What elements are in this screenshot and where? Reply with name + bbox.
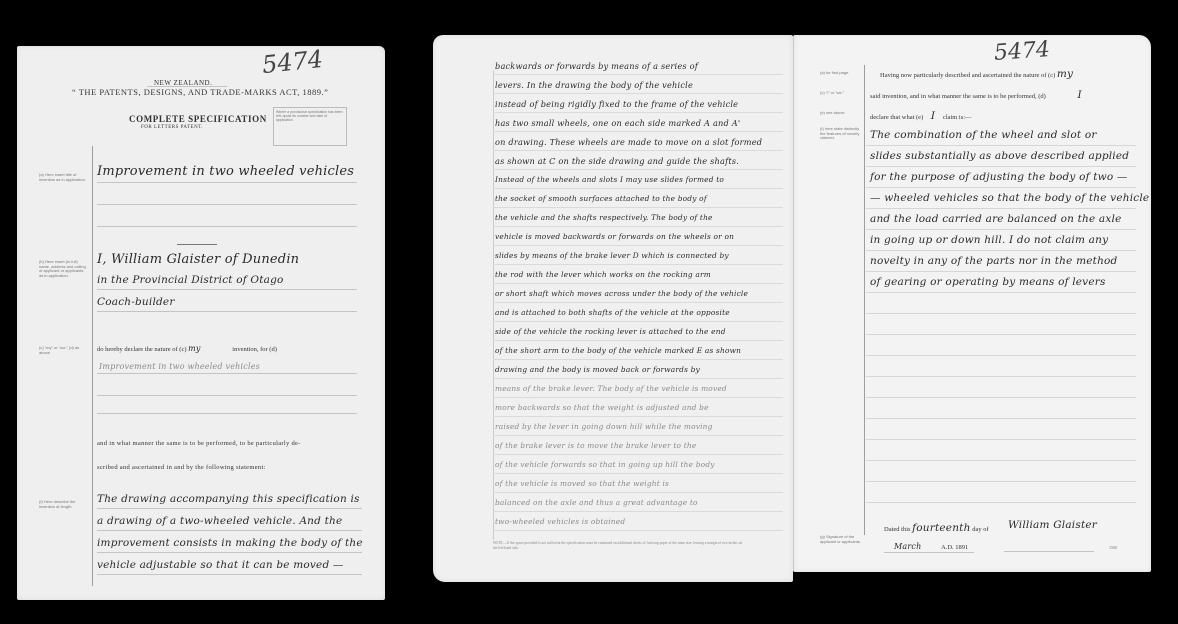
form-page-continuation: backwards or forwards by means of a seri… [433, 35, 793, 582]
description-line: and is attached to both shafts of the ve… [495, 308, 730, 317]
file-number-stamp: 5474 [993, 37, 1051, 66]
description-line: on drawing. These wheels are made to mov… [495, 137, 762, 147]
description-line: the socket of smooth surfaces attached t… [495, 194, 707, 203]
declare-invention: Improvement in two wheeled vehicles [99, 362, 260, 371]
file-number-stamp: 5474 [261, 45, 325, 79]
act-title: “ THE PATENTS, DESIGNS, AND TRADE-MARKS … [72, 87, 328, 97]
margin-line [493, 70, 494, 540]
form-page-front: 5474 NEW ZEALAND. “ THE PATENTS, DESIGNS… [17, 46, 385, 600]
manner-text-1: and in what manner the same is to be per… [97, 440, 301, 447]
footnote: NOTE.—If the space provided is not suffi… [493, 541, 745, 550]
provisional-spec-box: Where a provisional specification has be… [273, 107, 347, 146]
description-line: means of the brake lever. The body of th… [495, 384, 727, 393]
printer-mark: 1500 [1109, 545, 1117, 550]
description-line: vehicle is moved backwards or forwards o… [495, 232, 734, 241]
margin-note-i-or-we: (c) “I” or “we.” [820, 91, 864, 96]
intro-line-3: declare that what (e) I claim is:— [870, 110, 972, 122]
dated-line: Dated this fourteenth day of [884, 522, 989, 534]
margin-line [92, 146, 93, 586]
description-line: of the short arm to the body of the vehi… [495, 346, 741, 355]
intro-line-2: said invention, and in what manner the s… [870, 89, 1082, 101]
description-line: levers. In the drawing the body of the v… [495, 80, 693, 90]
description-line: Instead of the wheels and slots I may us… [495, 175, 724, 184]
description-line: as shown at C on the side drawing and gu… [495, 156, 739, 166]
invention-title: Improvement in two wheeled vehicles [97, 164, 354, 179]
margin-note-novelty: (f) here state distinctly the features o… [820, 127, 864, 141]
description-line: of the vehicle forwards so that in going… [495, 460, 715, 469]
description-line: side of the vehicle the rocking lever is… [495, 327, 726, 336]
claim-line: of gearing or operating by means of leve… [870, 276, 1106, 288]
claim-line: slides substantially as above described … [870, 150, 1129, 162]
description-line: instead of being rigidly fixed to the fr… [495, 99, 738, 109]
description-line: more backwards so that the weight is adj… [495, 403, 709, 412]
spec-title: COMPLETE SPECIFICATION [129, 114, 267, 124]
margin-note-describe: (f) Here describe the invention at lengt… [39, 500, 87, 509]
claim-line: novelty in any of the parts nor in the m… [870, 255, 1117, 267]
margin-note-applicant: (b) Here insert (in full) name, address … [39, 260, 87, 278]
description-line-4: vehicle adjustable so that it can be mov… [97, 559, 344, 571]
description-line: the rod with the lever which works on th… [495, 270, 711, 279]
margin-note-signature: (g) Signature of the applicant or applic… [820, 535, 864, 544]
manner-text-2: scribed and ascertained in and by the fo… [97, 464, 266, 471]
claim-line: The combination of the wheel and slot or [870, 129, 1097, 141]
margin-note-declare: (c) “my” or “our.” (d) as above. [39, 346, 87, 355]
signature: William Glaister [1008, 519, 1097, 531]
applicant-line-2: in the Provincial District of Otago [97, 274, 284, 286]
description-line: or short shaft which moves across under … [495, 289, 748, 298]
description-line: of the brake lever is to move the brake … [495, 441, 696, 450]
declare-text: do hereby declare the nature of (c) my i… [97, 344, 277, 353]
description-line: drawing and the body is moved back or fo… [495, 365, 700, 374]
claim-line: and the load carried are balanced on the… [870, 213, 1121, 225]
margin-note-title: (a) Here insert title of invention as in… [39, 173, 87, 182]
margin-note-first-page: (a) for first page. [820, 71, 864, 76]
claim-line: — wheeled vehicles so that the body of t… [870, 192, 1149, 204]
description-line-2: a drawing of a two-wheeled vehicle. And … [97, 515, 342, 527]
form-page-claims: 5474 (a) for first page. (c) “I” or “we.… [793, 35, 1151, 572]
description-line-3: improvement consists in making the body … [97, 537, 363, 549]
description-line: the vehicle and the shafts respectively.… [495, 213, 713, 222]
claim-line: in going up or down hill. I do not claim… [870, 234, 1108, 246]
description-line-1: The drawing accompanying this specificat… [97, 493, 360, 505]
margin-line [864, 65, 865, 535]
description-line: of the vehicle is moved so that the weig… [495, 479, 669, 488]
applicant-line-1: I, William Glaister of Dunedin [97, 252, 299, 267]
margin-note-see-above: (e) see above. [820, 111, 864, 116]
spec-subtitle: FOR LETTERS PATENT. [141, 125, 203, 130]
description-line: two-wheeled vehicles is obtained [495, 517, 625, 526]
description-line: has two small wheels, one on each side m… [495, 118, 740, 128]
description-line: balanced on the axle and thus a great ad… [495, 498, 698, 507]
description-line: raised by the lever in going down hill w… [495, 422, 713, 431]
claim-line: for the purpose of adjusting the body of… [870, 171, 1128, 183]
description-line: slides by means of the brake lever D whi… [495, 251, 729, 260]
provisional-spec-box-text: Where a provisional specification has be… [276, 110, 344, 122]
dated-month-line: March A.D. 1891 [894, 542, 968, 551]
applicant-line-3: Coach-builder [97, 296, 175, 308]
description-line: backwards or forwards by means of a seri… [495, 61, 698, 71]
intro-line-1: Having now particularly described and as… [880, 68, 1073, 80]
